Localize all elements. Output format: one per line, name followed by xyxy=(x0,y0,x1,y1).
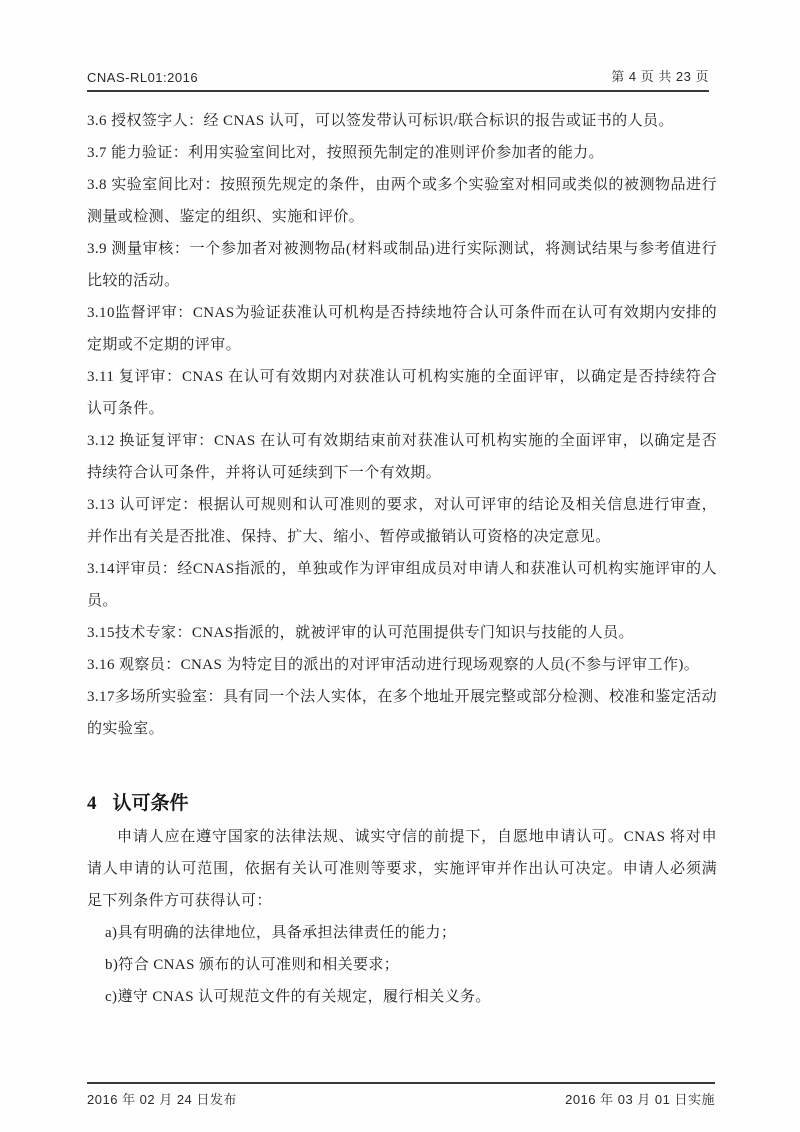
definition-3-7: 3.7 能力验证：利用实验室间比对，按照预先制定的准则评价参加者的能力。 xyxy=(87,137,717,169)
section-number: 4 xyxy=(87,787,97,821)
page-number: 第 4 页 共 23 页 xyxy=(611,66,709,85)
definition-3-9: 3.9 测量审核：一个参加者对被测物品(材料或制品)进行实际测试，将测试结果与参… xyxy=(87,233,717,297)
section-4-heading: 4认可条件 xyxy=(87,787,717,821)
doc-id: CNAS-RL01:2016 xyxy=(87,70,198,85)
definition-3-16: 3.16 观察员：CNAS 为特定目的派出的对评审活动进行现场观察的人员(不参与… xyxy=(87,649,717,681)
release-date: 2016 年 02 月 24 日发布 xyxy=(87,1089,237,1108)
condition-b: b)符合 CNAS 颁布的认可准则和相关要求； xyxy=(87,949,717,981)
section-4-intro: 申请人应在遵守国家的法律法规、诚实守信的前提下，自愿地申请认可。CNAS 将对申… xyxy=(87,821,717,917)
definition-3-6: 3.6 授权签字人：经 CNAS 认可，可以签发带认可标识/联合标识的报告或证书… xyxy=(87,105,717,137)
document-page: CNAS-RL01:2016 第 4 页 共 23 页 3.6 授权签字人：经 … xyxy=(0,0,800,1132)
definition-3-8: 3.8 实验室间比对：按照预先规定的条件，由两个或多个实验室对相同或类似的被测物… xyxy=(87,169,717,233)
condition-c: c)遵守 CNAS 认可规范文件的有关规定，履行相关义务。 xyxy=(87,981,717,1013)
section-title: 认可条件 xyxy=(113,793,189,814)
page-header: CNAS-RL01:2016 第 4 页 共 23 页 xyxy=(87,66,709,92)
definition-3-12: 3.12 换证复评审：CNAS 在认可有效期结束前对获准认可机构实施的全面评审，… xyxy=(87,425,717,489)
document-body: 3.6 授权签字人：经 CNAS 认可，可以签发带认可标识/联合标识的报告或证书… xyxy=(87,105,717,1013)
definition-3-10: 3.10监督评审：CNAS为验证获准认可机构是否持续地符合认可条件而在认可有效期… xyxy=(87,297,717,361)
condition-a: a)具有明确的法律地位，具备承担法律责任的能力； xyxy=(87,917,717,949)
definition-3-11: 3.11 复评审：CNAS 在认可有效期内对获准认可机构实施的全面评审，以确定是… xyxy=(87,361,717,425)
definition-3-13: 3.13 认可评定：根据认可规则和认可准则的要求，对认可评审的结论及相关信息进行… xyxy=(87,489,717,553)
page-footer: 2016 年 02 月 24 日发布 2016 年 03 月 01 日实施 xyxy=(87,1082,715,1108)
definition-3-15: 3.15技术专家：CNAS指派的，就被评审的认可范围提供专门知识与技能的人员。 xyxy=(87,617,717,649)
implementation-date: 2016 年 03 月 01 日实施 xyxy=(565,1089,715,1108)
definition-3-17: 3.17多场所实验室：具有同一个法人实体，在多个地址开展完整或部分检测、校准和鉴… xyxy=(87,681,717,745)
definition-3-14: 3.14评审员：经CNAS指派的，单独或作为评审组成员对申请人和获准认可机构实施… xyxy=(87,553,717,617)
